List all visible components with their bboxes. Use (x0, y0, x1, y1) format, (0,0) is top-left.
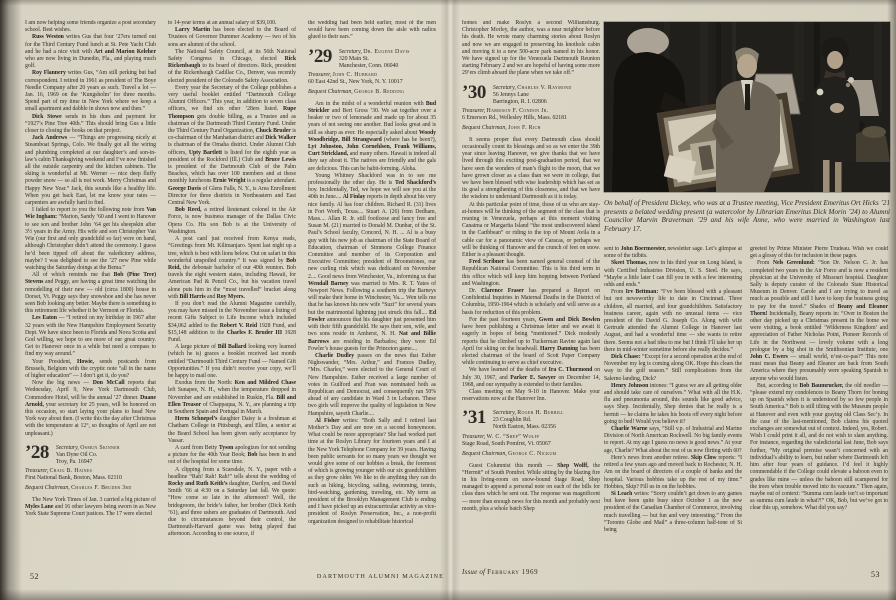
officer-name: John C. Hubbard (333, 72, 378, 78)
class-section-header: ’31Secretary, Roger H. Burrill23 Coughli… (462, 410, 600, 457)
class-officer-group: Bequest Chairman, Charles F. Bruder 3rd (25, 485, 156, 492)
paragraph: Am in the midst of a wonderful reunion w… (308, 101, 436, 173)
paragraph: If you don’t read the Alumni Magazine ca… (168, 301, 296, 344)
text-column: homes and make Roslyn a second Williamsb… (462, 20, 600, 566)
class-officer-line: Secretary, Charles V. Raymond (493, 85, 572, 92)
officer-address-line: 6 Emerson Rd., Wellesley Hills, Mass. 02… (462, 115, 600, 122)
paragraph: Russ Weston writes Gus that four ’27ers … (25, 34, 156, 70)
officer-address-line: Troy, Pa. 16947 (56, 459, 120, 466)
officer-name: George C. Nickum (508, 451, 556, 457)
class-officer-group: Secretary, Charles V. Raymond56 Jennys L… (493, 85, 572, 106)
officer-role-label: Treasurer, (25, 468, 50, 474)
text-column: greeted by Prime Minister Pierre Trudeau… (750, 246, 888, 564)
magazine-spread: I am now helping some friends organize a… (0, 0, 896, 600)
photo-wedding-present (604, 22, 890, 192)
paragraph: Charlie Dudley passes on the news that E… (308, 353, 436, 418)
page-number-right: 53 (871, 570, 880, 579)
class-section-header: ’28Secretary, Osmun SkinnerVan Dyne Oil … (25, 445, 156, 492)
paragraph: Si Leach writes: “Sorry couldn’t get dow… (604, 491, 742, 534)
text-column: sent to John Boermeester, newsletter sag… (604, 246, 742, 564)
officer-name: George B. Redding (354, 89, 404, 95)
class-section-header: ’30Secretary, Charles V. Raymond56 Jenny… (462, 85, 600, 132)
paragraph: All of which reminds me that Bob (Pine T… (25, 272, 156, 315)
paragraph: Larry Martin has been elected to the Boa… (168, 27, 296, 49)
officer-role-label: Treasurer, (308, 72, 333, 78)
paragraph: homes and make Roslyn a second Williamsb… (462, 20, 600, 78)
paragraph: I failed to report to you the following … (25, 207, 156, 272)
paragraph: greeted by Prime Minister Pierre Trudeau… (750, 246, 888, 260)
officer-address-line: North Easton, Mass. 02356 (493, 424, 564, 431)
officer-name: Dr. Eugene Davis (363, 49, 409, 55)
officer-role-label: Secretary, (56, 445, 80, 451)
class-officer-line: Bequest Chairman, George B. Redding (308, 89, 436, 96)
paragraph: Henry Johnson intones: “I guess we are a… (604, 383, 742, 426)
class-officer-group: Secretary, Osmun SkinnerVan Dyne Oil Co.… (56, 445, 120, 466)
paragraph: Dick Stowe sends in his dues and payment… (25, 114, 156, 136)
class-year-label: ’29 (308, 49, 332, 65)
class-officer-line: Bequest Chairman, George C. Nickum (462, 451, 600, 458)
paragraph: From Irv Bettman: “I’ve been blessed wit… (604, 289, 742, 354)
paragraph: But, according to Bob Baumrucker, the ol… (750, 383, 888, 513)
paragraph: At this particular point of time, those … (462, 202, 600, 260)
paragraph: The New York Times of Jan. 3 carried a b… (25, 497, 156, 519)
officer-address-line: First National Bank, Boston, Mass. 02110 (25, 475, 156, 482)
class-year-label: ’31 (462, 410, 486, 426)
officer-address-line: 60 East 42nd St., New York, N. Y. 10017 (308, 79, 436, 86)
officer-address-line: Van Dyne Oil Co. (56, 452, 120, 459)
class-officer-line: Bequest Chairman, John F. Rich (462, 125, 600, 132)
paragraph: Class meeting on May 9-10 in Hanover. Ma… (462, 389, 600, 403)
paragraph: Now the big news — Don McCall reports th… (25, 380, 156, 438)
officer-address-line: Stage Road, South Pomfret, Vt. 05067 (462, 441, 600, 448)
class-officer-group: Secretary, Dr. Eugene Davis320 Main St.M… (339, 49, 410, 70)
text-column: the wedding had been held earlier, most … (308, 20, 436, 566)
class-officer-group: Bequest Chairman, George C. Nickum (462, 451, 600, 458)
paragraph: A large picture of Bill Ballard looking … (168, 344, 296, 380)
officer-role-label: Bequest Chairman, (462, 125, 508, 131)
paragraph: sent to John Boermeester, newsletter sag… (604, 246, 742, 260)
class-officer-line: Secretary, Dr. Eugene Davis (339, 49, 410, 56)
officer-role-label: Bequest Chairman, (462, 451, 508, 457)
officer-name: John F. Rich (508, 125, 541, 131)
paragraph: Guest Columnist this month — Shep Wolff,… (462, 463, 600, 513)
officer-name: Craig B. Haines (50, 468, 93, 474)
magazine-page-left: I am now helping some friends organize a… (0, 0, 448, 600)
class-officer-group: Treasurer, John C. Hubbard60 East 42nd S… (308, 72, 436, 86)
paragraph: Exodus from the North: Ken and Mildred C… (168, 380, 296, 416)
magazine-page-right: homes and make Roslyn a second Williamsb… (448, 0, 896, 600)
class-section-header: ’29Secretary, Dr. Eugene Davis320 Main S… (308, 49, 436, 96)
text-column: to 14-year terms at an annual salary of … (168, 20, 296, 566)
paragraph: Every year the Secretary of the College … (168, 85, 296, 207)
officer-name: Osmun Skinner (80, 445, 120, 451)
paragraph: A card from Betty Tyson apologizes for n… (168, 445, 296, 467)
paragraph: I am now helping some friends organize a… (25, 20, 156, 34)
paragraph: It seems proper that every Dartmouth cla… (462, 137, 600, 202)
class-officer-line: Treasurer, John C. Hubbard (308, 72, 436, 79)
paragraph: The National Safety Council, at its 56th… (168, 49, 296, 85)
officer-name: Roger H. Burrill (517, 410, 564, 416)
paragraph: Bob Reed, a retired lieutenant colonel i… (168, 207, 296, 236)
officer-role-label: Bequest Chairman, (308, 89, 354, 95)
paragraph: Herm Schnepel’s daughter Daisy is a fres… (168, 416, 296, 445)
officer-role-label: Treasurer, (462, 108, 487, 114)
class-year-label: ’28 (25, 445, 49, 461)
paragraph: Young Whitney Shackford was in to see me… (308, 173, 436, 353)
paragraph: the wedding had been held earlier, most … (308, 20, 436, 42)
class-officer-line: Secretary, Roger H. Burrill (493, 410, 564, 417)
class-officer-line: Treasurer, W. C. “Shep” Wolff (462, 434, 600, 441)
officer-address-line: 56 Jennys Lane (493, 92, 572, 99)
paragraph: Your President, Howie, sends postcards f… (25, 359, 156, 381)
paragraph: Dr. Clarence Fraser has prepared a Repor… (462, 288, 600, 317)
officer-address-line: Barrington, R. I. 02806 (493, 99, 572, 106)
issue-date: February 1969 (487, 568, 538, 576)
officer-address-line: Manchester, Conn. 06040 (339, 63, 410, 70)
paragraph: We have learned of the deaths of Ira C. … (462, 367, 600, 389)
class-officer-group: Treasurer, Harrison F. Condon Jr.6 Emers… (462, 108, 600, 122)
paragraph: Dick Chase: “Except for a second operati… (604, 354, 742, 383)
class-officer-group: Secretary, Roger H. Burrill23 Coughlin R… (493, 410, 564, 431)
class-officer-group: Bequest Chairman, George B. Redding (308, 89, 436, 96)
paragraph: Roy Flannery writes Gus, “Am still perki… (25, 70, 156, 113)
paragraph: Fred Scribner has been named general cou… (462, 259, 600, 288)
officer-address-line: 23 Coughlin Rd. (493, 417, 564, 424)
paragraph: Jack Andrews — “Things are progressing n… (25, 135, 156, 207)
paragraph: Al Fisher writes: “Both Sally and I reti… (308, 418, 436, 526)
officer-name: Charles V. Raymond (517, 85, 571, 91)
class-officer-line: Treasurer, Craig B. Haines (25, 468, 156, 475)
officer-name: Harrison F. Condon Jr. (487, 108, 549, 114)
paragraph: A clipping from a Scarsdale, N. Y., pape… (168, 467, 296, 539)
class-year-label: ’30 (462, 85, 486, 101)
officer-role-label: Secretary, (493, 85, 517, 91)
paragraph: A post card just received from Kenya rea… (168, 236, 296, 301)
paragraph: Les Eaton — “I retired on my birthday in… (25, 315, 156, 358)
paragraph: Skeet Thomas, now in his third year on L… (604, 260, 742, 289)
class-officer-line: Bequest Chairman, Charles F. Bruder 3rd (25, 485, 156, 492)
officer-name: W. C. “Shep” Wolff (487, 434, 540, 440)
text-column: I am now helping some friends organize a… (25, 20, 156, 566)
magazine-title-footer: DARTMOUTH ALUMNI MAGAZINE (240, 573, 444, 580)
paragraph: From Nels Greenlund: “Son Dr. Nelson C. … (750, 260, 888, 382)
issue-date-footer: Issue of February 1969 (462, 568, 538, 576)
issue-prefix: Issue of (462, 568, 485, 576)
officer-role-label: Secretary, (493, 410, 517, 416)
class-officer-line: Treasurer, Harrison F. Condon Jr. (462, 108, 600, 115)
paragraph: For the past fourteen years, Gwen and Di… (462, 317, 600, 367)
officer-role-label: Treasurer, (462, 434, 487, 440)
page-number-left: 52 (30, 572, 39, 581)
class-officer-group: Bequest Chairman, John F. Rich (462, 125, 600, 132)
officer-name: Charles F. Bruder 3rd (71, 485, 131, 491)
class-officer-group: Treasurer, W. C. “Shep” WolffStage Road,… (462, 434, 600, 448)
paragraph: Charlie Warne says, “Still v.p. of Indus… (604, 426, 742, 455)
photo-caption: On behalf of President Dickey, who was a… (604, 199, 890, 233)
officer-role-label: Bequest Chairman, (25, 485, 71, 491)
paragraph: Here’s news from another retiree. Skip C… (604, 455, 742, 491)
officer-role-label: Secretary, (339, 49, 363, 55)
officer-address-line: 320 Main St. (339, 56, 410, 63)
class-officer-group: Treasurer, Craig B. HainesFirst National… (25, 468, 156, 482)
class-officer-line: Secretary, Osmun Skinner (56, 445, 120, 452)
